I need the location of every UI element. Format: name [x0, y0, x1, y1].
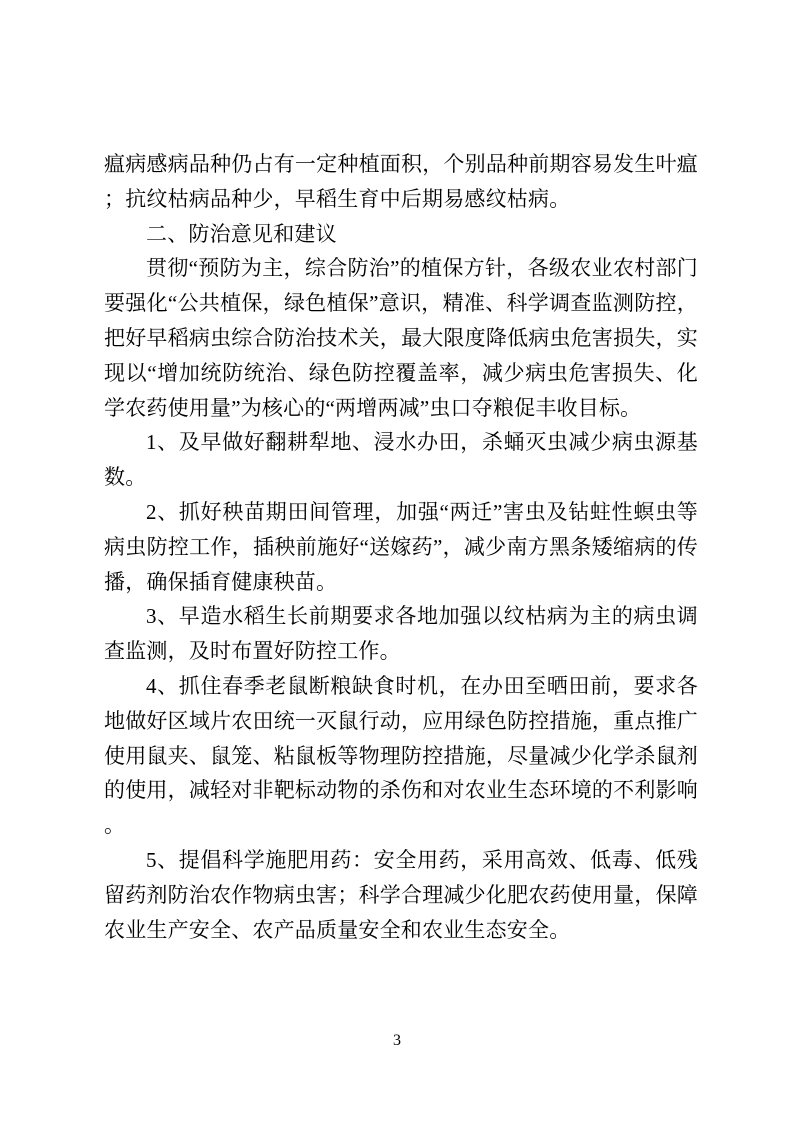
recommendation-item-1: 1、及早做好翻耕犁地、浸水办田，杀蛹灭虫减少病虫源基数。: [104, 425, 698, 495]
document-page: 瘟病感病品种仍占有一定种植面积，个别品种前期容易发生叶瘟；抗纹枯病品种少，早稻生…: [0, 0, 794, 1123]
recommendation-item-3: 3、早造水稻生长前期要求各地加强以纹枯病为主的病虫调查监测，及时布置好防控工作。: [104, 599, 698, 669]
page-number: 3: [0, 1030, 794, 1052]
recommendation-item-2: 2、抓好秧苗期田间管理，加强“两迁”害虫及钻蛀性螟虫等病虫防控工作，插秧前施好“…: [104, 495, 698, 599]
paragraph-policy: 贯彻“预防为主，综合防治”的植保方针，各级农业农村部门要强化“公共植保，绿色植保…: [104, 251, 698, 425]
section-heading: 二、防治意见和建议: [104, 217, 698, 252]
paragraph-continued: 瘟病感病品种仍占有一定种植面积，个别品种前期容易发生叶瘟；抗纹枯病品种少，早稻生…: [104, 147, 698, 217]
recommendation-item-4: 4、抓住春季老鼠断粮缺食时机，在办田至晒田前，要求各地做好区域片农田统一灭鼠行动…: [104, 669, 698, 843]
recommendation-item-5: 5、提倡科学施肥用药：安全用药，采用高效、低毒、低残留药剂防治农作物病虫害；科学…: [104, 843, 698, 947]
document-body: 瘟病感病品种仍占有一定种植面积，个别品种前期容易发生叶瘟；抗纹枯病品种少，早稻生…: [104, 147, 698, 947]
